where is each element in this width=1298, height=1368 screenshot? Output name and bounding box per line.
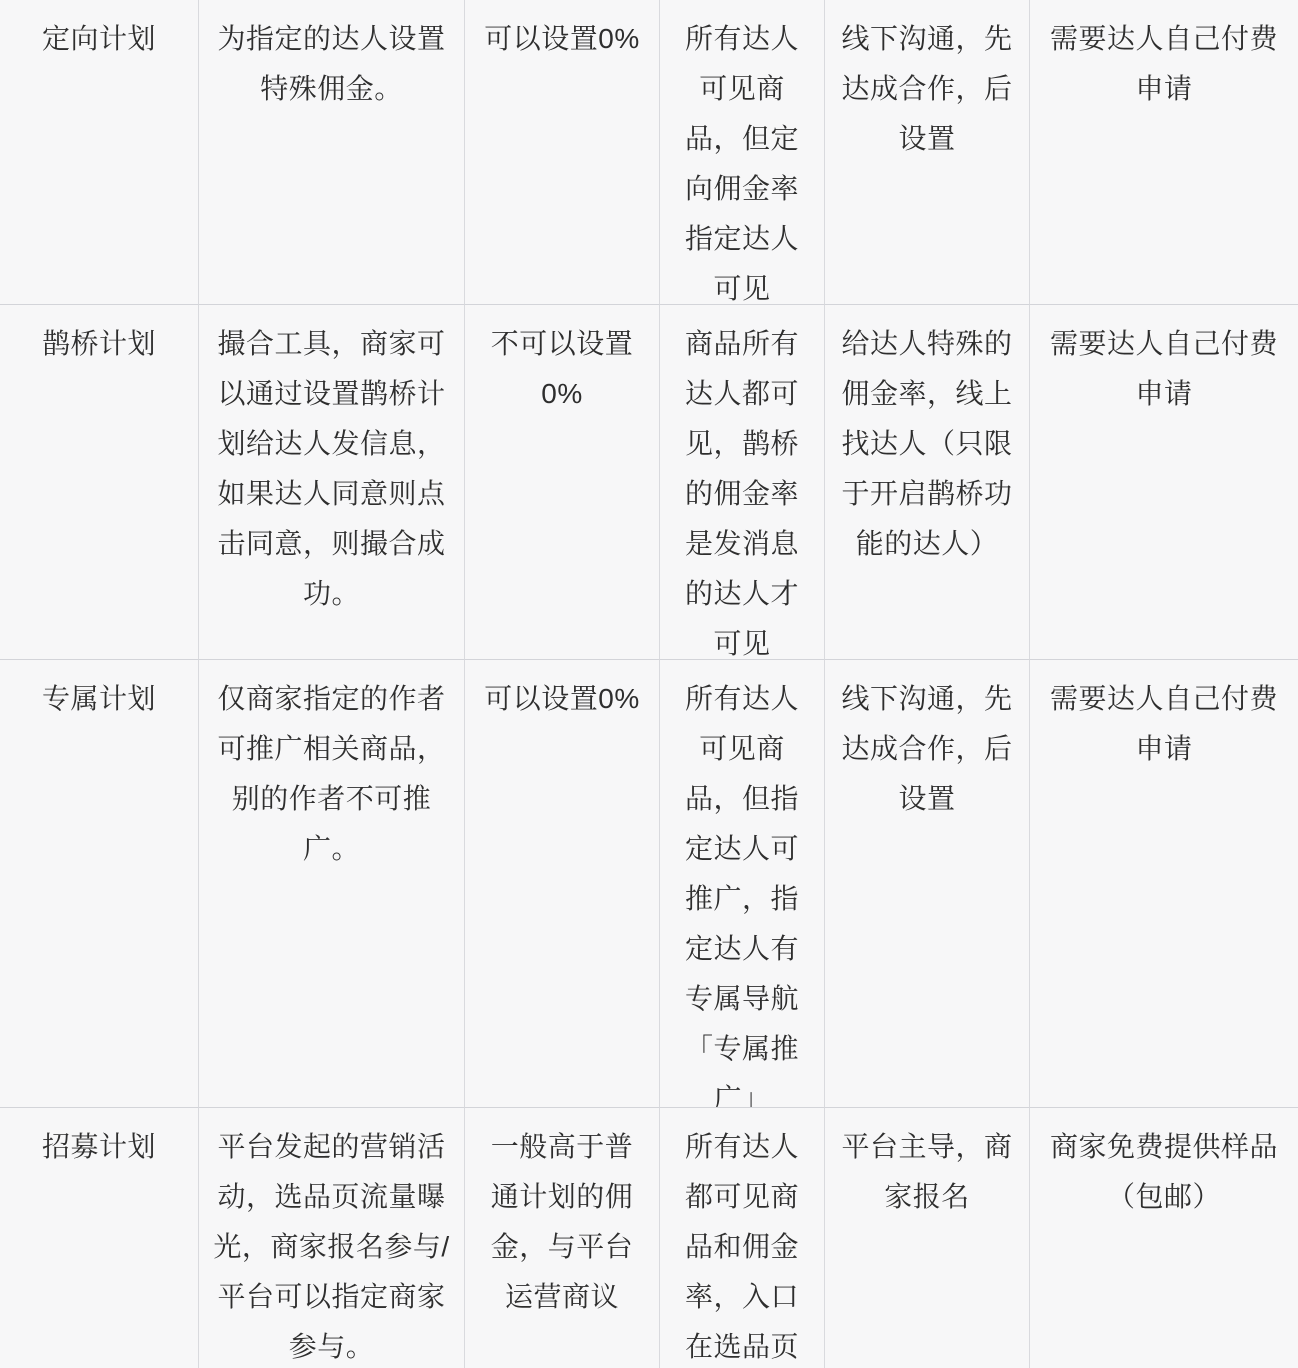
plan-comparison-table: 定向计划 为指定的达人设置特殊佣金。 可以设置0% 所有达人可见商品，但定向佣金… [0, 0, 1298, 1368]
commission-setting-cell: 不可以设置0% [465, 305, 660, 660]
plan-description-cell: 仅商家指定的作者可推广相关商品，别的作者不可推广。 [199, 660, 465, 1108]
plan-name-cell: 定向计划 [0, 0, 199, 305]
plan-name-cell: 招募计划 [0, 1108, 199, 1368]
commission-setting-cell: 可以设置0% [465, 660, 660, 1108]
cooperation-method-cell: 线下沟通，先达成合作，后设置 [825, 0, 1030, 305]
cooperation-method-cell: 平台主导，商家报名 [825, 1108, 1030, 1368]
visibility-cell: 所有达人可见商品，但指定达人可推广，指定达人有专属导航「专属推广」 [660, 660, 825, 1108]
visibility-cell: 商品所有达人都可见，鹊桥的佣金率是发消息的达人才可见 [660, 305, 825, 660]
sample-cost-cell: 需要达人自己付费申请 [1030, 305, 1298, 660]
visibility-cell: 所有达人都可见商品和佣金率，入口在选品页 [660, 1108, 825, 1368]
sample-cost-cell: 商家免费提供样品（包邮） [1030, 1108, 1298, 1368]
plan-name-cell: 鹊桥计划 [0, 305, 199, 660]
plan-description-cell: 平台发起的营销活动，选品页流量曝光，商家报名参与/平台可以指定商家参与。 [199, 1108, 465, 1368]
plan-description-cell: 为指定的达人设置特殊佣金。 [199, 0, 465, 305]
sample-cost-cell: 需要达人自己付费申请 [1030, 660, 1298, 1108]
sample-cost-cell: 需要达人自己付费申请 [1030, 0, 1298, 305]
commission-setting-cell: 可以设置0% [465, 0, 660, 305]
cooperation-method-cell: 给达人特殊的佣金率，线上找达人（只限于开启鹊桥功能的达人） [825, 305, 1030, 660]
visibility-cell: 所有达人可见商品，但定向佣金率指定达人可见 [660, 0, 825, 305]
commission-setting-cell: 一般高于普通计划的佣金，与平台运营商议 [465, 1108, 660, 1368]
plan-name-cell: 专属计划 [0, 660, 199, 1108]
plan-description-cell: 撮合工具，商家可以通过设置鹊桥计划给达人发信息，如果达人同意则点击同意，则撮合成… [199, 305, 465, 660]
cooperation-method-cell: 线下沟通，先达成合作，后设置 [825, 660, 1030, 1108]
